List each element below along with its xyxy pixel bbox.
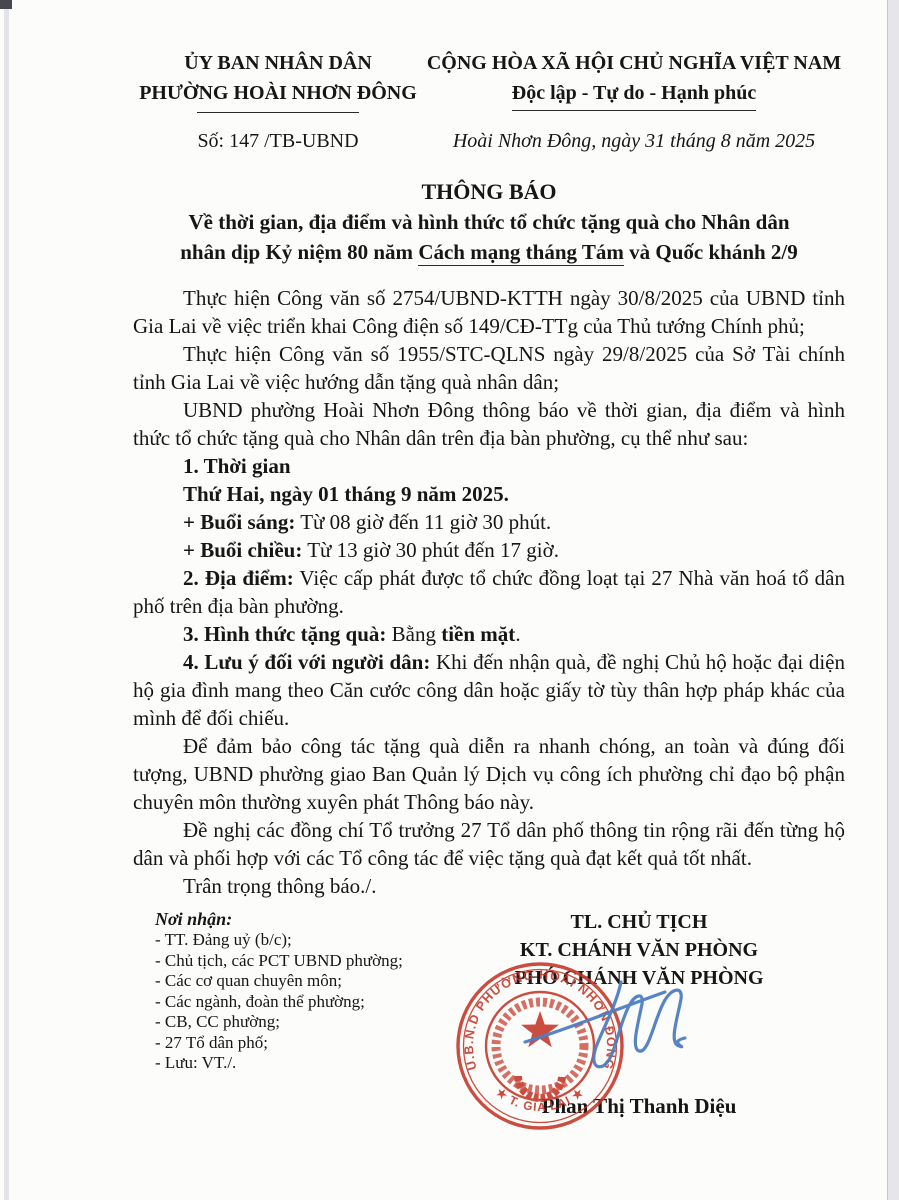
recipient-item: - Các cơ quan chuyên môn;	[155, 971, 433, 992]
document-body: Thực hiện Công văn số 2754/UBND-KTTH ngà…	[133, 284, 845, 900]
morning-label: + Buổi sáng:	[183, 510, 295, 534]
document-content: ỦY BAN NHÂN DÂN PHƯỜNG HOÀI NHƠN ĐÔNG CỘ…	[133, 48, 845, 1119]
paragraph-closing: Trân trọng thông báo./.	[133, 872, 845, 900]
note-label: 4. Lưu ý đối với người dân:	[183, 650, 430, 674]
number-date-row: Số: 147 /TB-UBND Hoài Nhơn Đông, ngày 31…	[133, 127, 845, 155]
recipient-item: - Các ngành, đoàn thể phường;	[155, 992, 433, 1013]
paragraph-basis-2: Thực hiện Công văn số 1955/STC-QLNS ngày…	[133, 340, 845, 396]
section-2-location: 2. Địa điểm: Việc cấp phát được tổ chức …	[133, 564, 845, 620]
section-4-note: 4. Lưu ý đối với người dân: Khi đến nhận…	[133, 648, 845, 732]
morning-text: Từ 08 giờ đến 11 giờ 30 phút.	[295, 510, 551, 534]
paragraph-basis-1: Thực hiện Công văn số 2754/UBND-KTTH ngà…	[133, 284, 845, 340]
scan-edge-right	[887, 0, 899, 1200]
location-label: 2. Địa điểm:	[183, 566, 294, 590]
document-subtitle-line2: nhân dịp Kỷ niệm 80 năm Cách mạng tháng …	[133, 237, 845, 267]
recipient-item: - TT. Đảng uỷ (b/c);	[155, 930, 433, 951]
paragraph-intro: UBND phường Hoài Nhơn Đông thông báo về …	[133, 396, 845, 452]
afternoon-label: + Buổi chiều:	[183, 538, 302, 562]
national-motto-line2: Độc lập - Tự do - Hạnh phúc	[512, 78, 756, 111]
form-label: 3. Hình thức tặng quà:	[183, 622, 386, 646]
document-page: ỦY BAN NHÂN DÂN PHƯỜNG HOÀI NHƠN ĐÔNG CỘ…	[0, 0, 899, 1200]
signature-title-line1: TL. CHỦ TỊCH	[433, 908, 845, 936]
title-block: THÔNG BÁO Về thời gian, địa điểm và hình…	[133, 177, 845, 267]
section-1-afternoon: + Buổi chiều: Từ 13 giờ 30 phút đến 17 g…	[133, 536, 845, 564]
scan-corner-mark	[0, 0, 12, 9]
issuer-org-line2: PHƯỜNG HOÀI NHƠN ĐÔNG	[133, 78, 423, 108]
subtitle-pre: nhân dịp Kỷ niệm 80 năm	[180, 240, 418, 264]
section-1-date: Thứ Hai, ngày 01 tháng 9 năm 2025.	[133, 480, 845, 508]
document-subtitle-line1: Về thời gian, địa điểm và hình thức tổ c…	[133, 207, 845, 237]
subtitle-post: và Quốc khánh 2/9	[624, 240, 798, 264]
recipient-item: - 27 Tổ dân phố;	[155, 1033, 433, 1054]
afternoon-text: Từ 13 giờ 30 phút đến 17 giờ.	[302, 538, 559, 562]
issuer-block: ỦY BAN NHÂN DÂN PHƯỜNG HOÀI NHƠN ĐÔNG	[133, 48, 423, 113]
recipient-item: - Lưu: VT./.	[155, 1053, 433, 1074]
section-1-morning: + Buổi sáng: Từ 08 giờ đến 11 giờ 30 phú…	[133, 508, 845, 536]
document-header: ỦY BAN NHÂN DÂN PHƯỜNG HOÀI NHƠN ĐÔNG CỘ…	[133, 48, 845, 113]
national-header-block: CỘNG HÒA XÃ HỘI CHỦ NGHĨA VIỆT NAM Độc l…	[423, 48, 845, 113]
recipient-item: - Chủ tịch, các PCT UBND phường;	[155, 951, 433, 972]
form-pre: Bằng	[386, 622, 441, 646]
paragraph-assignment: Để đảm bảo công tác tặng quà diễn ra nha…	[133, 732, 845, 816]
subtitle-underlined-phrase: Cách mạng tháng Tám	[418, 240, 624, 266]
recipient-item: - CB, CC phường;	[155, 1012, 433, 1033]
document-title: THÔNG BÁO	[133, 177, 845, 207]
recipients-heading: Nơi nhận:	[155, 908, 433, 930]
closing-block: Nơi nhận: - TT. Đảng uỷ (b/c); - Chủ tịc…	[133, 908, 845, 1119]
document-number: Số: 147 /TB-UBND	[133, 127, 423, 155]
scan-edge-left	[4, 0, 9, 1200]
signer-name: Phan Thị Thanh Diệu	[433, 1094, 845, 1119]
issuer-org-line1: ỦY BAN NHÂN DÂN	[133, 48, 423, 78]
section-3-form: 3. Hình thức tặng quà: Bằng tiền mặt.	[133, 620, 845, 648]
form-post: .	[515, 622, 520, 646]
national-motto-line1: CỘNG HÒA XÃ HỘI CHỦ NGHĨA VIỆT NAM	[423, 48, 845, 78]
place-and-date: Hoài Nhơn Đông, ngày 31 tháng 8 năm 2025	[423, 127, 845, 155]
signature-title-line3: PHÓ CHÁNH VĂN PHÒNG	[433, 964, 845, 992]
form-bold: tiền mặt	[441, 622, 515, 646]
section-1-heading: 1. Thời gian	[133, 452, 845, 480]
issuer-underline	[197, 112, 359, 113]
recipients-block: Nơi nhận: - TT. Đảng uỷ (b/c); - Chủ tịc…	[133, 908, 433, 1119]
signature-block: TL. CHỦ TỊCH KT. CHÁNH VĂN PHÒNG PHÓ CHÁ…	[433, 908, 845, 1119]
signature-title-line2: KT. CHÁNH VĂN PHÒNG	[433, 936, 845, 964]
paragraph-request: Đề nghị các đồng chí Tổ trưởng 27 Tổ dân…	[133, 816, 845, 872]
